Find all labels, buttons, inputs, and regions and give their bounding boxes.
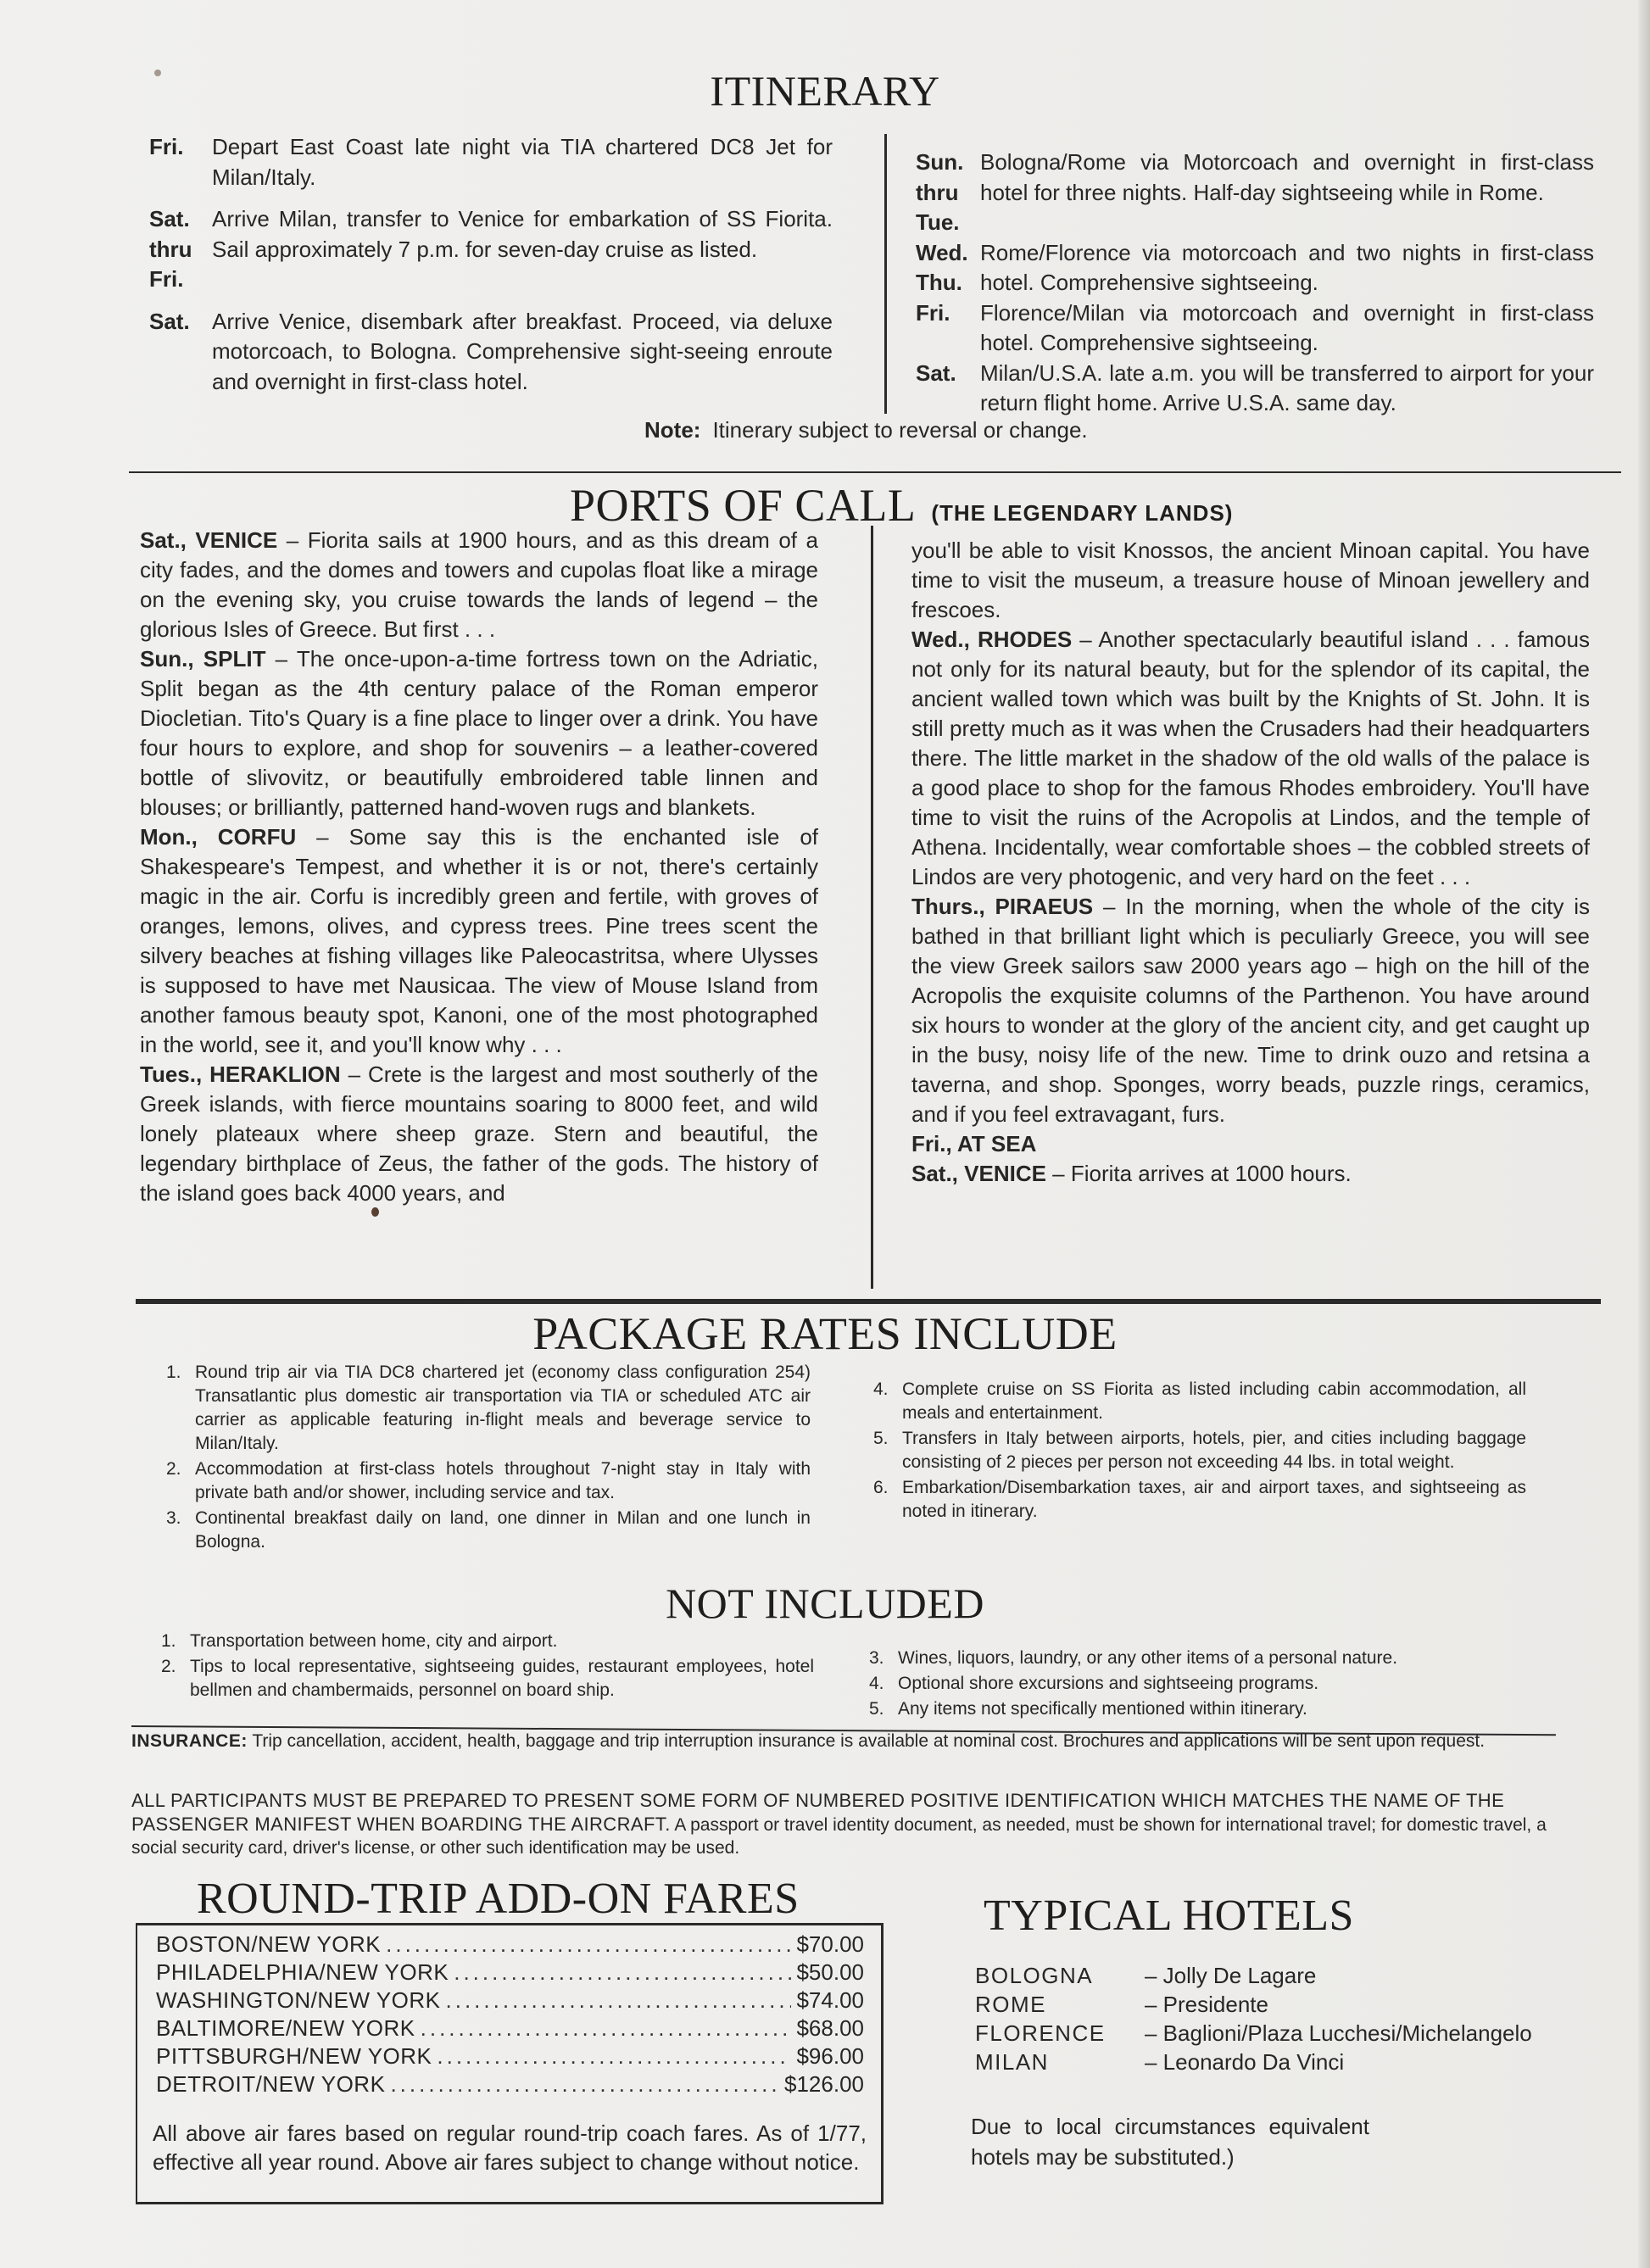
itinerary-note-text: Itinerary subject to reversal or change. — [712, 417, 1087, 443]
itinerary-left-column: Fri.Depart East Coast late night via TIA… — [149, 132, 833, 409]
add-on-fares-table: BOSTON/NEW YORK.........................… — [136, 1923, 884, 2204]
list-item: 1.Round trip air via TIA DC8 chartered j… — [166, 1361, 811, 1456]
list-number: 5. — [873, 1427, 902, 1474]
ports-right-column: you'll be able to visit Knossos, the anc… — [911, 536, 1590, 1189]
fare-price: $74.00 — [796, 1987, 864, 2014]
hotel-name: – Leonardo Da Vinci — [1145, 2048, 1344, 2076]
list-number: 6. — [873, 1476, 902, 1524]
port-day-and-name: Sat., VENICE — [140, 527, 277, 553]
section-divider — [129, 471, 1621, 473]
port-paragraph: Sat., VENICE – Fiorita arrives at 1000 h… — [911, 1159, 1590, 1189]
itinerary-column-divider — [884, 134, 887, 414]
section-divider-thick — [136, 1299, 1601, 1304]
fare-price: $68.00 — [796, 2014, 864, 2042]
hotel-row: BOLOGNA– Jolly De Lagare — [975, 1961, 1316, 1990]
list-number: 3. — [166, 1507, 195, 1554]
port-day-and-name: Mon., CORFU — [140, 824, 296, 850]
port-day-and-name: Tues., HERAKLION — [140, 1062, 341, 1087]
itinerary-note-label: Note: — [644, 417, 700, 443]
list-item: 3.Continental breakfast daily on land, o… — [166, 1507, 811, 1554]
not-included-list-left: 1.Transportation between home, city and … — [161, 1630, 814, 1704]
port-description: – Some say this is the enchanted isle of… — [140, 824, 818, 1057]
itinerary-entry: Wed. Thu.Rome/Florence via motorcoach an… — [916, 238, 1594, 298]
port-paragraph: you'll be able to visit Knossos, the anc… — [911, 536, 1590, 625]
not-included-title: NOT INCLUDED — [0, 1579, 1650, 1628]
fare-leader-dots: ........................................… — [390, 2070, 779, 2098]
list-item: 4.Optional shore excursions and sightsee… — [869, 1672, 1564, 1696]
fare-row: WASHINGTON/NEW YORK.....................… — [156, 1987, 864, 2014]
port-day-and-name: Wed., RHODES — [911, 627, 1072, 652]
list-text: Wines, liquors, laundry, or any other it… — [898, 1647, 1564, 1670]
list-item: 5.Any items not specifically mentioned w… — [869, 1697, 1564, 1721]
hotel-city: BOLOGNA — [975, 1961, 1145, 1990]
add-on-fares-title: ROUND-TRIP ADD-ON FARES — [197, 1874, 800, 1924]
fare-leader-dots: ........................................… — [437, 2042, 791, 2070]
list-text: Tips to local representative, sightseein… — [190, 1655, 814, 1702]
fare-route: PITTSBURGH/NEW YORK — [156, 2042, 432, 2070]
fare-row: BALTIMORE/NEW YORK......................… — [156, 2014, 864, 2042]
port-entry: you'll be able to visit Knossos, the anc… — [911, 536, 1590, 625]
package-rates-list-right: 4.Complete cruise on SS Fiorita as liste… — [873, 1378, 1526, 1525]
list-number: 2. — [161, 1655, 190, 1702]
itinerary-text: Bologna/Rome via Motorcoach and overnigh… — [980, 148, 1594, 238]
port-description: – Another spectacularly beautiful island… — [911, 627, 1590, 889]
hotel-name: – Jolly De Lagare — [1145, 1961, 1316, 1990]
fare-row: PITTSBURGH/NEW YORK.....................… — [156, 2042, 864, 2070]
fare-route: PHILADELPHIA/NEW YORK — [156, 1959, 449, 1986]
port-entry: Sat., VENICE – Fiorita arrives at 1000 h… — [911, 1159, 1590, 1189]
port-paragraph: Fri., AT SEA — [911, 1129, 1590, 1159]
fare-row: DETROIT/NEW YORK........................… — [156, 2070, 864, 2098]
fare-route: WASHINGTON/NEW YORK — [156, 1987, 441, 2014]
not-included-list-right: 3.Wines, liquors, laundry, or any other … — [869, 1647, 1564, 1723]
port-paragraph: Wed., RHODES – Another spectacularly bea… — [911, 625, 1590, 892]
hotel-row: ROME– Presidente — [975, 1990, 1268, 2019]
itinerary-text: Depart East Coast late night via TIA cha… — [212, 132, 833, 192]
port-paragraph: Tues., HERAKLION – Crete is the largest … — [140, 1060, 818, 1208]
hotel-row: FLORENCE– Baglioni/Plaza Lucchesi/Michel… — [975, 2019, 1532, 2048]
insurance-notice: INSURANCE: Trip cancellation, accident, … — [131, 1730, 1573, 1753]
insurance-label: INSURANCE: — [131, 1731, 248, 1751]
fare-price: $126.00 — [784, 2070, 864, 2098]
fare-price: $70.00 — [796, 1931, 864, 1958]
list-number: 5. — [869, 1697, 898, 1721]
list-text: Embarkation/Disembarkation taxes, air an… — [902, 1476, 1526, 1524]
itinerary-day: Fri. — [149, 132, 212, 192]
itinerary-text: Rome/Florence via motorcoach and two nig… — [980, 238, 1594, 298]
fare-leader-dots: ........................................… — [386, 1931, 791, 1958]
itinerary-text: Milan/U.S.A. late a.m. you will be trans… — [980, 359, 1594, 419]
package-rates-title: PACKAGE RATES INCLUDE — [0, 1307, 1650, 1360]
fare-route: DETROIT/NEW YORK — [156, 2070, 385, 2098]
itinerary-day: Sun. thru Tue. — [916, 148, 980, 238]
hotel-city: FLORENCE — [975, 2019, 1145, 2048]
hotel-city: ROME — [975, 1990, 1145, 2019]
fare-row: BOSTON/NEW YORK.........................… — [156, 1931, 864, 1958]
list-text: Any items not specifically mentioned wit… — [898, 1697, 1564, 1721]
itinerary-note: Note:Itinerary subject to reversal or ch… — [644, 417, 1088, 443]
fare-row: PHILADELPHIA/NEW YORK...................… — [156, 1959, 864, 1986]
list-text: Round trip air via TIA DC8 chartered jet… — [195, 1361, 811, 1456]
port-description: – In the morning, when the whole of the … — [911, 894, 1590, 1127]
port-day-and-name: Sun., SPLIT — [140, 646, 265, 671]
itinerary-entry: Sat. thru Fri.Arrive Milan, transfer to … — [149, 204, 833, 295]
list-number: 4. — [873, 1378, 902, 1425]
list-number: 1. — [166, 1361, 195, 1456]
itinerary-entry: Fri.Florence/Milan via motorcoach and ov… — [916, 298, 1594, 359]
hotels-note: Due to local circumstances equivalent ho… — [971, 2111, 1369, 2172]
list-text: Continental breakfast daily on land, one… — [195, 1507, 811, 1554]
itinerary-day: Wed. Thu. — [916, 238, 980, 298]
itinerary-entry: Sat.Arrive Venice, disembark after break… — [149, 307, 833, 398]
list-text: Transportation between home, city and ai… — [190, 1630, 814, 1653]
list-item: 2.Accommodation at first-class hotels th… — [166, 1457, 811, 1505]
itinerary-text: Florence/Milan via motorcoach and overni… — [980, 298, 1594, 359]
list-item: 6.Embarkation/Disembarkation taxes, air … — [873, 1476, 1526, 1524]
list-item: 2.Tips to local representative, sightsee… — [161, 1655, 814, 1702]
itinerary-entry: Sun. thru Tue.Bologna/Rome via Motorcoac… — [916, 148, 1594, 238]
ports-column-divider — [871, 526, 873, 1289]
port-paragraph: Sat., VENICE – Fiorita sails at 1900 hou… — [140, 526, 818, 644]
fare-price: $96.00 — [796, 2042, 864, 2070]
list-item: 3.Wines, liquors, laundry, or any other … — [869, 1647, 1564, 1670]
ports-of-call-title: PORTS OF CALL(THE LEGENDARY LANDS) — [570, 479, 1233, 532]
port-entry: Sun., SPLIT – The once-upon-a-time fortr… — [140, 644, 818, 822]
hotel-name: – Baglioni/Plaza Lucchesi/Michelangelo — [1145, 2019, 1532, 2048]
fare-leader-dots: ........................................… — [454, 1959, 791, 1986]
itinerary-day: Sat. thru Fri. — [149, 204, 212, 295]
fare-leader-dots: ........................................… — [421, 2014, 792, 2042]
list-item: 4.Complete cruise on SS Fiorita as liste… — [873, 1378, 1526, 1425]
itinerary-title: ITINERARY — [0, 66, 1650, 115]
port-entry: Wed., RHODES – Another spectacularly bea… — [911, 625, 1590, 892]
port-paragraph: Thurs., PIRAEUS – In the morning, when t… — [911, 892, 1590, 1129]
fares-note: All above air fares based on regular rou… — [153, 2119, 867, 2176]
hotel-city: MILAN — [975, 2048, 1145, 2076]
port-day-and-name: Thurs., PIRAEUS — [911, 894, 1093, 919]
itinerary-text: Arrive Milan, transfer to Venice for emb… — [212, 204, 833, 295]
identification-notice: ALL PARTICIPANTS MUST BE PREPARED TO PRE… — [131, 1789, 1573, 1859]
fare-leader-dots: ........................................… — [446, 1987, 792, 2014]
list-text: Optional shore excursions and sightseein… — [898, 1672, 1564, 1696]
fare-route: BOSTON/NEW YORK — [156, 1931, 381, 1958]
package-rates-list-left: 1.Round trip air via TIA DC8 chartered j… — [166, 1361, 811, 1556]
insurance-text: Trip cancellation, accident, health, bag… — [252, 1731, 1485, 1751]
ports-left-column: Sat., VENICE – Fiorita sails at 1900 hou… — [140, 526, 818, 1208]
port-entry: Mon., CORFU – Some say this is the encha… — [140, 822, 818, 1060]
port-description: you'll be able to visit Knossos, the anc… — [911, 538, 1590, 622]
list-text: Transfers in Italy between airports, hot… — [902, 1427, 1526, 1474]
list-number: 4. — [869, 1672, 898, 1696]
hotel-name: – Presidente — [1145, 1990, 1268, 2019]
list-number: 1. — [161, 1630, 190, 1653]
itinerary-entry: Fri.Depart East Coast late night via TIA… — [149, 132, 833, 192]
fare-price: $50.00 — [796, 1959, 864, 1986]
port-description: – Fiorita arrives at 1000 hours. — [1046, 1161, 1352, 1186]
port-day-and-name: Fri., AT SEA — [911, 1131, 1036, 1156]
ports-of-call-heading: PORTS OF CALL — [570, 480, 916, 531]
itinerary-day: Sat. — [916, 359, 980, 419]
port-entry: Fri., AT SEA — [911, 1129, 1590, 1159]
itinerary-day: Fri. — [916, 298, 980, 359]
port-entry: Sat., VENICE – Fiorita sails at 1900 hou… — [140, 526, 818, 644]
port-entry: Tues., HERAKLION – Crete is the largest … — [140, 1060, 818, 1208]
itinerary-text: Arrive Venice, disembark after breakfast… — [212, 307, 833, 398]
itinerary-right-column: Sun. thru Tue.Bologna/Rome via Motorcoac… — [916, 148, 1594, 419]
itinerary-day: Sat. — [149, 307, 212, 398]
port-paragraph: Sun., SPLIT – The once-upon-a-time fortr… — [140, 644, 818, 822]
list-item: 5.Transfers in Italy between airports, h… — [873, 1427, 1526, 1474]
itinerary-entry: Sat.Milan/U.S.A. late a.m. you will be t… — [916, 359, 1594, 419]
list-text: Accommodation at first-class hotels thro… — [195, 1457, 811, 1505]
port-day-and-name: Sat., VENICE — [911, 1161, 1046, 1186]
list-text: Complete cruise on SS Fiorita as listed … — [902, 1378, 1526, 1425]
list-number: 3. — [869, 1647, 898, 1670]
fare-route: BALTIMORE/NEW YORK — [156, 2014, 415, 2042]
ports-of-call-subtitle: (THE LEGENDARY LANDS) — [931, 500, 1233, 526]
paper-speck — [371, 1207, 379, 1217]
hotel-row: MILAN– Leonardo Da Vinci — [975, 2048, 1344, 2076]
list-number: 2. — [166, 1457, 195, 1505]
port-description: – The once-upon-a-time fortress town on … — [140, 646, 818, 820]
port-paragraph: Mon., CORFU – Some say this is the encha… — [140, 822, 818, 1060]
page-edge-shadow — [1638, 0, 1650, 2268]
list-item: 1.Transportation between home, city and … — [161, 1630, 814, 1653]
typical-hotels-title: TYPICAL HOTELS — [984, 1891, 1354, 1941]
port-entry: Thurs., PIRAEUS – In the morning, when t… — [911, 892, 1590, 1129]
